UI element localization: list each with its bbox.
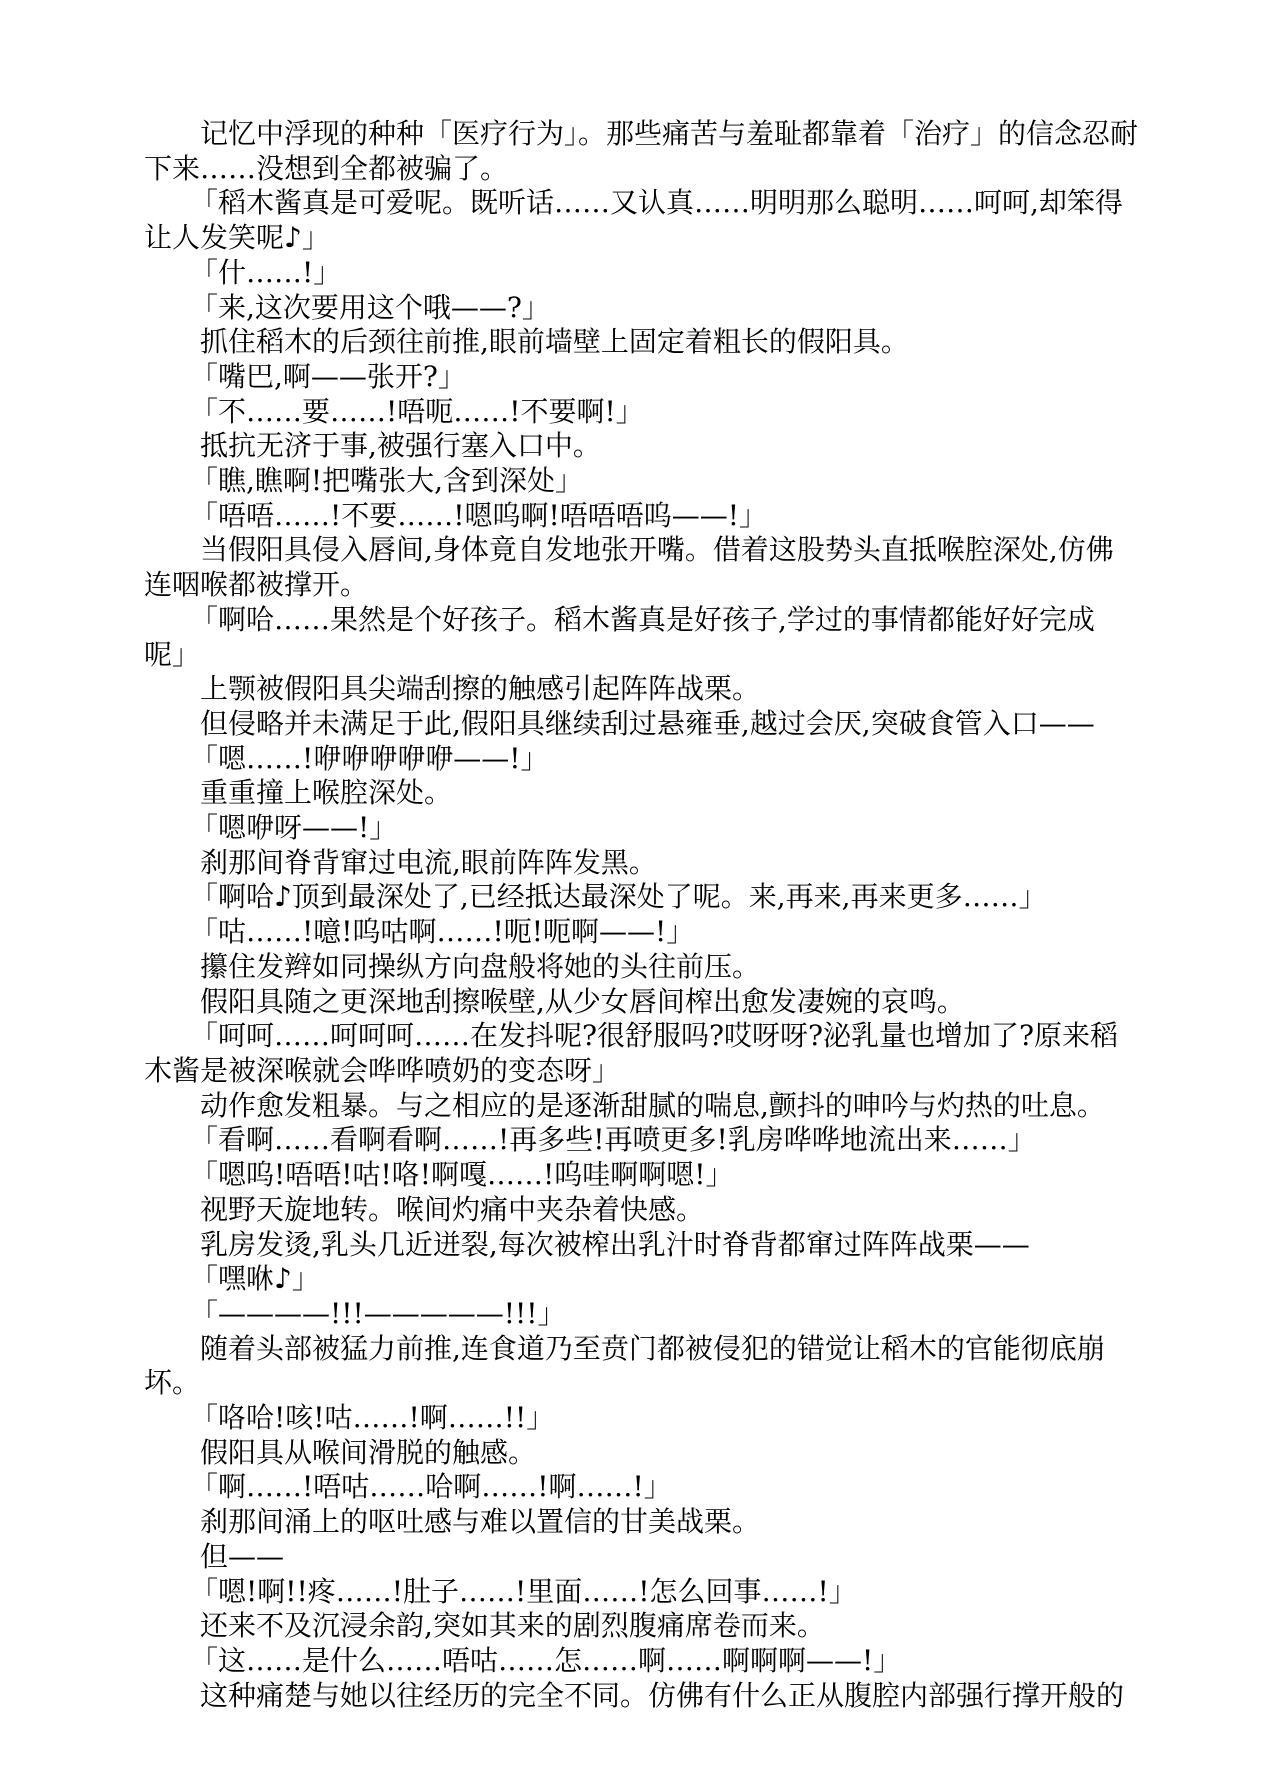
text-line: 但侵略并未满足于此,假阳具继续刮过悬雍垂,越过会厌,突破食管入口—— bbox=[144, 707, 1164, 742]
text-line: 抓住稻木的后颈往前推,眼前墙壁上固定着粗长的假阳具。 bbox=[144, 325, 1164, 360]
text-line: 「瞧,瞧啊!把嘴张大,含到深处」 bbox=[144, 464, 1164, 499]
text-line: 还来不及沉浸余韵,突如其来的剧烈腹痛席卷而来。 bbox=[144, 1609, 1164, 1644]
text-line: 但—— bbox=[144, 1540, 1164, 1575]
text-line: 「嗯呜!唔唔!咕!咯!啊嘎……!呜哇啊啊嗯!」 bbox=[144, 1158, 1164, 1193]
text-line: 「嘴巴,啊——张开?」 bbox=[144, 360, 1164, 395]
text-line: 抵抗无济于事,被强行塞入口中。 bbox=[144, 429, 1164, 464]
text-line: 记忆中浮现的种种「医疗行为」。那些痛苦与羞耻都靠着「治疗」的信念忍耐 bbox=[144, 117, 1164, 152]
text-line: 「什……!」 bbox=[144, 256, 1164, 291]
text-line: 上颚被假阳具尖端刮擦的触感引起阵阵战栗。 bbox=[144, 672, 1164, 707]
novel-text-block: 记忆中浮现的种种「医疗行为」。那些痛苦与羞耻都靠着「治疗」的信念忍耐下来……没想… bbox=[144, 117, 1164, 1713]
text-line: 「呵呵……呵呵呵……在发抖呢?很舒服吗?哎呀呀?泌乳量也增加了?原来稻 bbox=[144, 1019, 1164, 1054]
text-line: 「咕……!噫!呜咕啊……!呃!呃啊——!」 bbox=[144, 915, 1164, 950]
text-line: 「嗯咿呀——!」 bbox=[144, 811, 1164, 846]
text-line: 「来,这次要用这个哦——?」 bbox=[144, 291, 1164, 326]
text-line: 「啊哈♪顶到最深处了,已经抵达最深处了呢。来,再来,再来更多……」 bbox=[144, 880, 1164, 915]
text-line: 乳房发烫,乳头几近迸裂,每次被榨出乳汁时脊背都窜过阵阵战栗—— bbox=[144, 1228, 1164, 1263]
novel-page: 记忆中浮现的种种「医疗行为」。那些痛苦与羞耻都靠着「治疗」的信念忍耐下来……没想… bbox=[0, 0, 1280, 1790]
text-line: 这种痛楚与她以往经历的完全不同。仿佛有什么正从腹腔内部强行撑开般的 bbox=[144, 1679, 1164, 1714]
text-line: 呢」 bbox=[144, 638, 1164, 673]
text-line: 连咽喉都被撑开。 bbox=[144, 568, 1164, 603]
text-line: 「啊哈……果然是个好孩子。稻木酱真是好孩子,学过的事情都能好好完成 bbox=[144, 603, 1164, 638]
text-line: 「啊……!唔咕……哈啊……!啊……!」 bbox=[144, 1470, 1164, 1505]
text-line: 「稻木酱真是可爱呢。既听话……又认真……明明那么聪明……呵呵,却笨得 bbox=[144, 186, 1164, 221]
text-line: 「咯哈!咳!咕……!啊……!!」 bbox=[144, 1401, 1164, 1436]
text-line: 「唔唔……!不要……!嗯呜啊!唔唔唔呜——!」 bbox=[144, 499, 1164, 534]
text-line: 让人发笑呢♪」 bbox=[144, 221, 1164, 256]
text-line: 刹那间脊背窜过电流,眼前阵阵发黑。 bbox=[144, 846, 1164, 881]
text-line: 随着头部被猛力前推,连食道乃至贲门都被侵犯的错觉让稻木的官能彻底崩 bbox=[144, 1332, 1164, 1367]
text-line: 假阳具从喉间滑脱的触感。 bbox=[144, 1436, 1164, 1471]
text-line: 「————!!!—————!!!」 bbox=[144, 1297, 1164, 1332]
text-line: 「不……要……!唔呃……!不要啊!」 bbox=[144, 395, 1164, 430]
text-line: 视野天旋地转。喉间灼痛中夹杂着快感。 bbox=[144, 1193, 1164, 1228]
text-line: 「嗯!啊!!疼……!肚子……!里面……!怎么回事……!」 bbox=[144, 1575, 1164, 1610]
text-line: 动作愈发粗暴。与之相应的是逐渐甜腻的喘息,颤抖的呻吟与灼热的吐息。 bbox=[144, 1089, 1164, 1124]
text-line: 攥住发辫如同操纵方向盘般将她的头往前压。 bbox=[144, 950, 1164, 985]
text-line: 重重撞上喉腔深处。 bbox=[144, 776, 1164, 811]
text-line: 下来……没想到全都被骗了。 bbox=[144, 152, 1164, 187]
text-line: 坏。 bbox=[144, 1366, 1164, 1401]
text-line: 木酱是被深喉就会哗哗喷奶的变态呀」 bbox=[144, 1054, 1164, 1089]
text-line: 假阳具随之更深地刮擦喉壁,从少女唇间榨出愈发凄婉的哀鸣。 bbox=[144, 985, 1164, 1020]
text-line: 刹那间涌上的呕吐感与难以置信的甘美战栗。 bbox=[144, 1505, 1164, 1540]
text-line: 「这……是什么……唔咕……怎……啊……啊啊啊——!」 bbox=[144, 1644, 1164, 1679]
text-line: 「看啊……看啊看啊……!再多些!再喷更多!乳房哗哗地流出来……」 bbox=[144, 1123, 1164, 1158]
text-line: 当假阳具侵入唇间,身体竟自发地张开嘴。借着这股势头直抵喉腔深处,仿佛 bbox=[144, 533, 1164, 568]
text-line: 「嘿咻♪」 bbox=[144, 1262, 1164, 1297]
text-line: 「嗯……!咿咿咿咿咿——!」 bbox=[144, 742, 1164, 777]
